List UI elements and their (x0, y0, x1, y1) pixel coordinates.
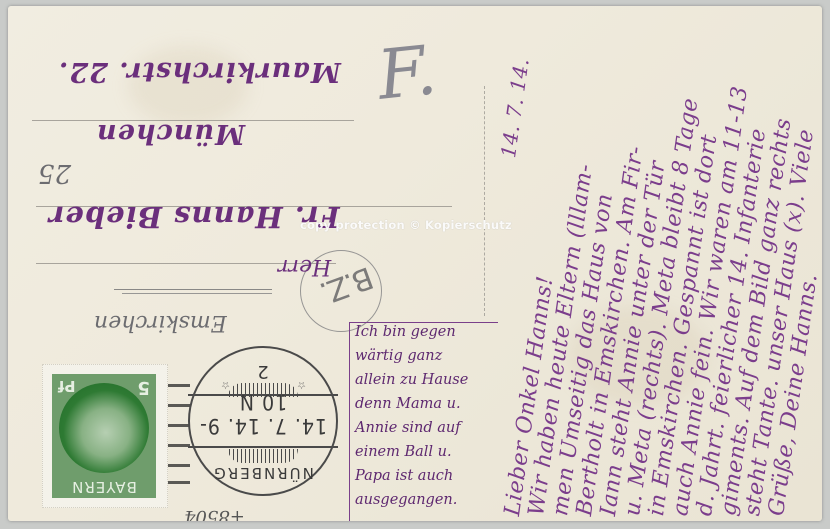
boxed-note-line: allein zu Hause (355, 372, 468, 388)
stamp-design: BAYERN 5 Pf (52, 374, 156, 498)
boxed-note-line: Ich bin gegen (355, 324, 456, 340)
postmark: 2 ☆ ☆ 14. 7. 14. 9-10 N NÜRNBERG (188, 346, 338, 496)
stamp-value: 5 (137, 377, 150, 398)
postmark-star-icon: ☆ (221, 379, 230, 390)
pencil-initial: F. (374, 31, 440, 116)
postmark-date: 14. 7. 14. 9-10 N (190, 390, 336, 438)
pencil-place-name: Emskirchen (94, 310, 227, 335)
message-date: 14. 7. 14. (496, 57, 534, 160)
boxed-note-line: einem Ball u. (355, 444, 452, 460)
pencil-number: 25 (38, 158, 71, 188)
postmark-star-icon: ☆ (297, 379, 306, 390)
stamp-country: BAYERN (52, 478, 156, 496)
postmark-office-number: 2 (190, 361, 336, 382)
address-name: Fr. Hanns Bieber (48, 200, 340, 234)
postage-stamp: BAYERN 5 Pf (42, 364, 168, 508)
pencil-stroke (114, 289, 272, 290)
boxed-note-line: ausgegangen. (355, 492, 457, 508)
card-divider (484, 86, 485, 316)
boxed-note-line: wärtig ganz (355, 348, 442, 364)
stamp-portrait (59, 383, 149, 473)
postmark-city: NÜRNBERG (190, 464, 336, 482)
boxed-note-line: denn Mama u. (355, 396, 461, 412)
boxed-note-line: Papa ist auch (355, 468, 453, 484)
copy-protection-watermark: copy protection © Kopierschutz (300, 218, 512, 232)
postcard: Maurkirchstr. 22. München Fr. Hanns Bieb… (8, 6, 822, 521)
postmark-hatch (228, 383, 298, 397)
boxed-note-line: Annie sind auf (355, 420, 461, 436)
stamp-currency: Pf (58, 377, 76, 395)
pencil-inventory-number: +8504 (184, 506, 245, 521)
recipient-title: Herr (278, 254, 331, 279)
postmark-hatch (228, 449, 298, 463)
address-street: Maurkirchstr. 22. (58, 56, 341, 87)
address-city: München (96, 118, 245, 149)
pencil-stroke (122, 293, 272, 294)
